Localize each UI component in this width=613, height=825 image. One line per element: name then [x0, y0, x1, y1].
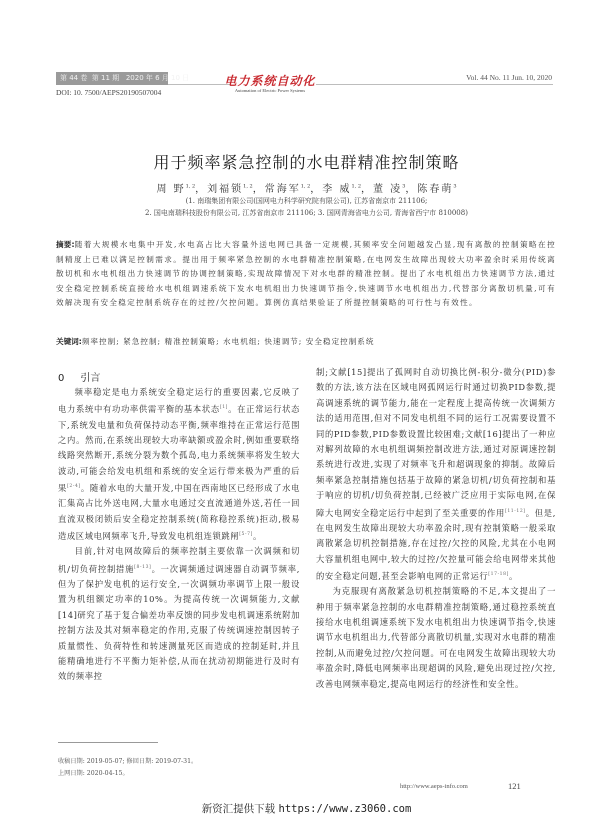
online-date: 上网日期: 2020-04-15。	[58, 768, 197, 780]
author-name: 董 凌	[373, 184, 402, 195]
page-number: 121	[508, 781, 521, 791]
abstract-label: 摘要:	[56, 240, 75, 249]
volume-info: Vol. 44 No. 11 Jun. 10, 2020	[420, 73, 552, 82]
abstract: 摘要:随着大规模水电集中开发,水电高占比大容量外送电网已具备一定规模,其频率安全…	[56, 238, 556, 311]
author-name: 刘福锁	[207, 184, 243, 195]
keywords-text: 频率控制; 紧急控制; 精准控制策略; 水电机组; 快速调节; 安全稳定控制系统	[82, 337, 375, 346]
watermark-url[interactable]: https://www.z3060.com	[279, 803, 412, 815]
body-paragraph: 目前,针对电网故障后的频率控制主要依靠一次调频和切机/切负荷控制措施[8-13]…	[58, 544, 300, 684]
watermark-text: 新资汇提供下载	[202, 803, 276, 815]
footnote: 收稿日期: 2019-05-07; 修回日期: 2019-07-31。 上网日期…	[58, 756, 197, 780]
doi: DOI: 10. 7500/AEPS20190507004	[56, 88, 161, 97]
header-rule-right	[316, 84, 553, 85]
body-column-right: 制;文献[15]提出了孤网时自动切换比例-积分-微分(PID)参数的方法,该方法…	[316, 365, 556, 692]
author-name: 常海军	[265, 184, 301, 195]
section-heading: 0引言	[58, 369, 100, 384]
author-list: 周 野1, 2，刘福锁1, 2，常海军1, 2，李 威1, 2，董 凌3，陈春萌…	[0, 180, 613, 195]
journal-name-en: Automation of Electric Power Systems	[220, 88, 320, 93]
author-name: 陈春萌	[417, 184, 453, 195]
body-column-left: 频率稳定是电力系统安全稳定运行的重要因素,它反映了电力系统中有功功率供需平衡的基…	[58, 385, 300, 685]
section-title: 引言	[80, 373, 100, 384]
citation-reference[interactable]: [1]	[220, 405, 228, 410]
author-affiliation-mark: 3	[453, 184, 456, 190]
citation-reference[interactable]: [11-12]	[505, 509, 526, 514]
issue-badge: 第 44 卷 第 11 期 2020 年 6 月 10 日	[56, 72, 168, 85]
abstract-text: 随着大规模水电集中开发,水电高占比大容量外送电网已具备一定规模,其频率安全问题越…	[56, 240, 556, 307]
body-paragraph: 制;文献[15]提出了孤网时自动切换比例-积分-微分(PID)参数的方法,该方法…	[316, 365, 556, 584]
footnote-rule	[58, 742, 158, 743]
author-affiliation-mark: 1, 2	[186, 184, 196, 190]
author-affiliation-mark: 1, 2	[243, 184, 253, 190]
body-paragraph: 频率稳定是电力系统安全稳定运行的重要因素,它反映了电力系统中有功功率供需平衡的基…	[58, 385, 300, 544]
keywords-label: 关键词:	[56, 337, 82, 346]
citation-reference[interactable]: [17-18]	[488, 572, 509, 577]
citation-reference[interactable]: [8-13]	[134, 565, 151, 570]
author-name: 李 威	[322, 184, 351, 195]
journal-url[interactable]: http://www.aeps-info.com	[400, 783, 468, 790]
author-affiliation-mark: 1, 2	[301, 184, 311, 190]
citation-reference[interactable]: [2-4]	[67, 484, 81, 489]
body-paragraph: 为克服现有离散紧急切机控制策略的不足,本文提出了一种用于频率紧急控制的水电群精准…	[316, 584, 556, 692]
affiliation-2: 2. 国电南瑞科技股份有限公司, 江苏省南京市 211106; 3. 国网青海省…	[0, 208, 613, 218]
author-affiliation-mark: 1, 2	[351, 184, 361, 190]
download-watermark: 新资汇提供下载 https://www.z3060.com	[0, 801, 613, 816]
keywords: 关键词:频率控制; 紧急控制; 精准控制策略; 水电机组; 快速调节; 安全稳定…	[56, 336, 556, 347]
citation-reference[interactable]: [5-7]	[239, 532, 253, 537]
journal-logo-cn: 电力系统自动化	[220, 72, 320, 89]
section-number: 0	[58, 373, 64, 384]
author-affiliation-mark: 3	[402, 184, 405, 190]
affiliation-1: (1. 南瑞集团有限公司(国网电力科学研究院有限公司), 江苏省南京市 2111…	[0, 196, 613, 206]
author-name: 周 野	[156, 184, 185, 195]
received-date: 收稿日期: 2019-05-07; 修回日期: 2019-07-31。	[58, 756, 197, 768]
paper-title: 用于频率紧急控制的水电群精准控制策略	[0, 150, 613, 173]
